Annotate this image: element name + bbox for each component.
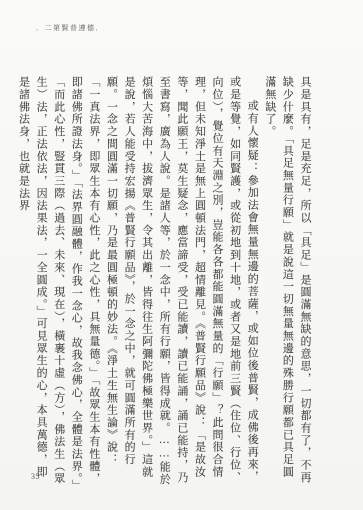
- running-header: ．二第賢普遵德．: [36, 23, 104, 33]
- paragraph-2: 或有人懷疑：參加法會無量無邊的菩薩，或如位後普賢，成佛後再來，或是等覺，如同賢護…: [14, 76, 260, 488]
- page-number: 35: [31, 472, 40, 481]
- paragraph-1: 具是具有，足是充足，所以「具足」是圓滿無缺的意思，一切都有了，不再缺少什麼。「具…: [260, 76, 313, 488]
- vertical-text-block: 具是具有，足是充足，所以「具足」是圓滿無缺的意思，一切都有了，不再缺少什麼。「具…: [14, 76, 313, 488]
- scanned-book-page: ．二第賢普遵德． 具是具有，足是充足，所以「具足」是圓滿無缺的意思，一切都有了，…: [0, 0, 363, 510]
